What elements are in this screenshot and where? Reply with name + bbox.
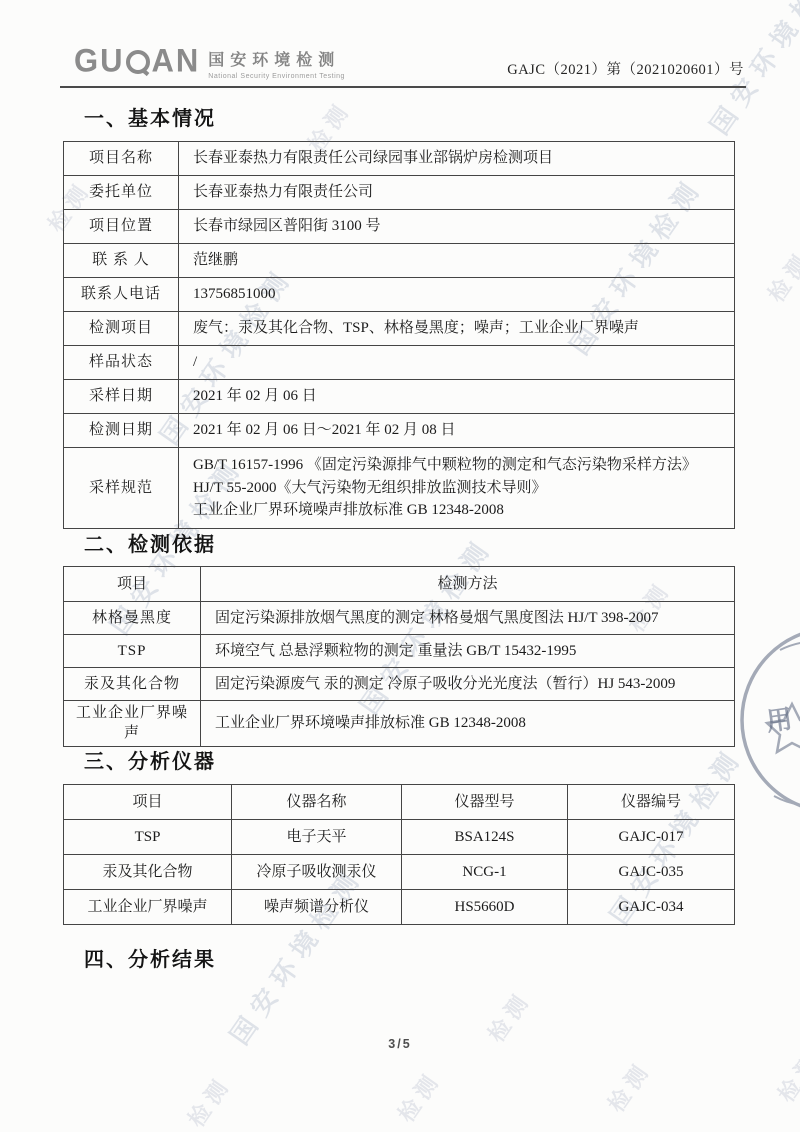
cell-name: 冷原子吸收测汞仪	[232, 855, 402, 890]
column-header: 检测方法	[201, 567, 735, 602]
cell-model: BSA124S	[402, 820, 568, 855]
table-row: 联系人电话 13756851000	[64, 278, 735, 312]
table-row: 项目位置 长春市绿园区普阳街 3100 号	[64, 210, 735, 244]
row-value: /	[179, 346, 735, 380]
row-label: 联 系 人	[64, 244, 179, 278]
row-label: 检测日期	[64, 414, 179, 448]
table-header-row: 项目 仪器名称 仪器型号 仪器编号	[64, 785, 735, 820]
row-value: 长春亚泰热力有限责任公司	[179, 176, 735, 210]
basis-table: 项目 检测方法 林格曼黑度 固定污染源排放烟气黑度的测定 林格曼烟气黑度图法 H…	[63, 566, 735, 747]
company-logo: GU AN 国安环境检测 National Security Environme…	[74, 44, 345, 80]
table-row: 检测日期 2021 年 02 月 06 日～2021 年 02 月 08 日	[64, 414, 735, 448]
row-label: 委托单位	[64, 176, 179, 210]
table-row: 采样规范 GB/T 16157-1996 《固定污染源排气中颗粒物的测定和气态污…	[64, 448, 735, 529]
header-divider	[60, 86, 746, 88]
table-row: 项目名称 长春亚泰热力有限责任公司绿园事业部锅炉房检测项目	[64, 142, 735, 176]
row-label: 项目位置	[64, 210, 179, 244]
watermark-text: 检测	[600, 1054, 658, 1118]
table-row: 联 系 人 范继鹏	[64, 244, 735, 278]
document-number: GAJC（2021）第（2021020601）号	[507, 58, 744, 79]
row-value: 2021 年 02 月 06 日～2021 年 02 月 08 日	[179, 414, 735, 448]
column-header: 项目	[64, 567, 201, 602]
cell-item: 汞及其化合物	[64, 855, 232, 890]
table-row: 检测项目 废气：汞及其化合物、TSP、林格曼黑度；噪声；工业企业厂界噪声	[64, 312, 735, 346]
row-label: 联系人电话	[64, 278, 179, 312]
column-header: 仪器名称	[232, 785, 402, 820]
row-value: 13756851000	[179, 278, 735, 312]
table-row: 林格曼黑度 固定污染源排放烟气黑度的测定 林格曼烟气黑度图法 HJ/T 398-…	[64, 602, 735, 635]
row-method: 固定污染源废气 汞的测定 冷原子吸收分光光度法（暂行）HJ 543-2009	[201, 668, 735, 701]
page-number: 3/5	[0, 1037, 800, 1051]
row-method: 固定污染源排放烟气黑度的测定 林格曼烟气黑度图法 HJ/T 398-2007	[201, 602, 735, 635]
cell-model: HS5660D	[402, 890, 568, 925]
row-value: 长春亚泰热力有限责任公司绿园事业部锅炉房检测项目	[179, 142, 735, 176]
watermark-text: 检测	[760, 244, 800, 308]
row-value: 2021 年 02 月 06 日	[179, 380, 735, 414]
cell-name: 电子天平	[232, 820, 402, 855]
logo-chinese-name: 国安环境检测	[208, 47, 345, 70]
row-item: 林格曼黑度	[64, 602, 201, 635]
cell-item: TSP	[64, 820, 232, 855]
section-title-basis: 二、检测依据	[84, 528, 216, 557]
report-page: 国安环境检测 检测 国安环境检测 国安环境检测 检测 国安环境检测 国安环境检测…	[0, 0, 800, 1132]
globe-magnifier-icon	[126, 50, 150, 74]
cell-model: NCG-1	[402, 855, 568, 890]
row-method: 环境空气 总悬浮颗粒物的测定 重量法 GB/T 15432-1995	[201, 635, 735, 668]
table-row: 汞及其化合物 固定污染源废气 汞的测定 冷原子吸收分光光度法（暂行）HJ 543…	[64, 668, 735, 701]
table-row: TSP 环境空气 总悬浮颗粒物的测定 重量法 GB/T 15432-1995	[64, 635, 735, 668]
watermark-text: 检测	[770, 1044, 800, 1108]
watermark-text: 检测	[390, 1064, 448, 1128]
column-header: 项目	[64, 785, 232, 820]
table-row: 工业企业厂界噪声 工业企业厂界环境噪声排放标准 GB 12348-2008	[64, 701, 735, 747]
table-row: 工业企业厂界噪声 噪声频谱分析仪 HS5660D GAJC-034	[64, 890, 735, 925]
row-item: TSP	[64, 635, 201, 668]
table-row: 样品状态 /	[64, 346, 735, 380]
row-value: 范继鹏	[179, 244, 735, 278]
table-header-row: 项目 检测方法	[64, 567, 735, 602]
cell-code: GAJC-034	[568, 890, 735, 925]
row-label: 样品状态	[64, 346, 179, 380]
row-label: 项目名称	[64, 142, 179, 176]
table-row: 采样日期 2021 年 02 月 06 日	[64, 380, 735, 414]
column-header: 仪器型号	[402, 785, 568, 820]
row-value: 废气：汞及其化合物、TSP、林格曼黑度；噪声；工业企业厂界噪声	[179, 312, 735, 346]
basic-info-table: 项目名称 长春亚泰热力有限责任公司绿园事业部锅炉房检测项目 委托单位 长春亚泰热…	[63, 141, 735, 529]
row-method: 工业企业厂界环境噪声排放标准 GB 12348-2008	[201, 701, 735, 747]
row-label: 检测项目	[64, 312, 179, 346]
watermark-text: 检测	[180, 1069, 238, 1132]
section-title-instruments: 三、分析仪器	[84, 745, 216, 774]
table-row: TSP 电子天平 BSA124S GAJC-017	[64, 820, 735, 855]
row-value: GB/T 16157-1996 《固定污染源排气中颗粒物的测定和气态污染物采样方…	[179, 448, 735, 529]
logo-letters-right: AN	[152, 43, 201, 79]
instruments-table: 项目 仪器名称 仪器型号 仪器编号 TSP 电子天平 BSA124S GAJC-…	[63, 784, 735, 925]
row-value: 长春市绿园区普阳街 3100 号	[179, 210, 735, 244]
cell-code: GAJC-017	[568, 820, 735, 855]
row-label: 采样日期	[64, 380, 179, 414]
cell-item: 工业企业厂界噪声	[64, 890, 232, 925]
row-item: 汞及其化合物	[64, 668, 201, 701]
logo-english-name: National Security Environment Testing	[208, 73, 345, 80]
row-item: 工业企业厂界噪声	[64, 701, 201, 747]
logo-text-column: 国安环境检测 National Security Environment Tes…	[208, 44, 345, 80]
column-header: 仪器编号	[568, 785, 735, 820]
section-title-basic-info: 一、基本情况	[84, 102, 216, 131]
seal-character: 用	[764, 698, 795, 738]
logo-letters-left: GU	[74, 43, 125, 79]
table-row: 委托单位 长春亚泰热力有限责任公司	[64, 176, 735, 210]
table-row: 汞及其化合物 冷原子吸收测汞仪 NCG-1 GAJC-035	[64, 855, 735, 890]
section-title-results: 四、分析结果	[84, 943, 216, 972]
row-label: 采样规范	[64, 448, 179, 529]
cell-code: GAJC-035	[568, 855, 735, 890]
cell-name: 噪声频谱分析仪	[232, 890, 402, 925]
